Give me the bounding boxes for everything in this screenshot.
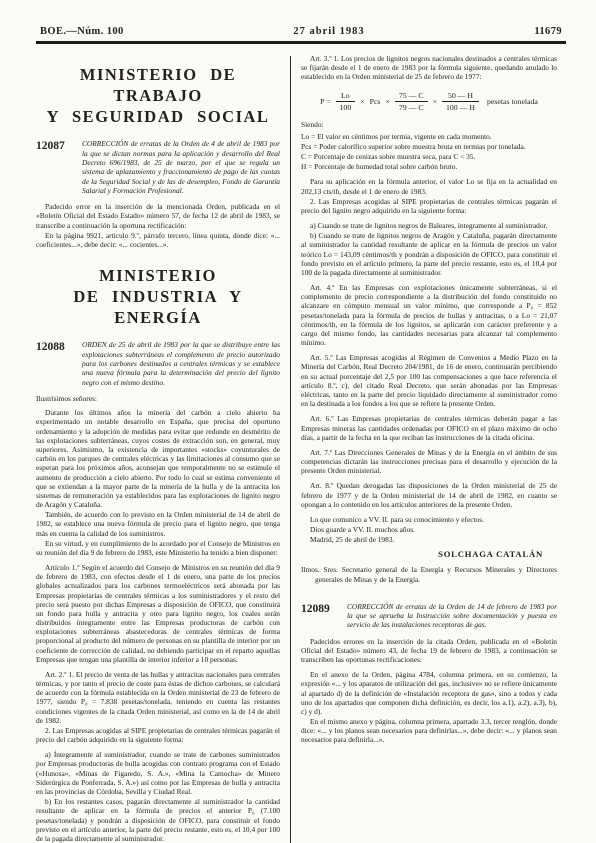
- paragraph: b) Cuando se trate de lignitos negros de…: [301, 231, 557, 277]
- ministry-industry-line1: MINISTERIO: [36, 265, 280, 286]
- addressees: Ilmos. Sres. Secretario general de la En…: [301, 565, 557, 583]
- paragraph: Durante los últimos años la minería del …: [36, 408, 280, 509]
- ministry-labor-heading: MINISTERIO DE TRABAJO Y SEGURIDAD SOCIAL: [36, 64, 280, 127]
- formula-unit: pesetas tonelada: [487, 97, 538, 106]
- fraction-denominator: 79 — C: [395, 102, 428, 112]
- paragraph: 2. Las Empresas acogidas al SIPE propiet…: [36, 726, 280, 744]
- two-column-layout: MINISTERIO DE TRABAJO Y SEGURIDAD SOCIAL…: [36, 54, 566, 843]
- header-issue-number: BOE.—Núm. 100: [40, 26, 124, 37]
- fraction-numerator: 50 — H: [442, 91, 479, 102]
- item-12088-number: 12088: [36, 340, 82, 387]
- item-12089: 12089 CORRECCIÓN de erratas de la Orden …: [301, 602, 557, 630]
- left-column: MINISTERIO DE TRABAJO Y SEGURIDAD SOCIAL…: [36, 54, 290, 843]
- header-date: 27 abril 1983: [293, 26, 364, 37]
- right-column: Art. 3.º 1. Los precios de lignitos negr…: [291, 54, 557, 843]
- paragraph: También, de acuerdo con lo previsto en l…: [36, 510, 280, 538]
- definition-line: C = Porcentaje de cenizas sobre muestra …: [301, 152, 557, 161]
- item-12088-summary: ORDEN de 25 de abril de 1983 por la que …: [82, 340, 280, 387]
- paragraph: En el mismo anexo y página, columna prim…: [301, 717, 557, 745]
- definition-line: H = Porcentaje de humedad total sobre ca…: [301, 162, 557, 171]
- times-sign: ×: [360, 97, 364, 106]
- fraction-numerator: 75 — C: [395, 91, 428, 102]
- page-header: BOE.—Núm. 100 27 abril 1983 11679: [36, 26, 566, 44]
- paragraph: En la página 9921, artículo 9.º, párrafo…: [36, 231, 280, 249]
- ministry-industry-line2: DE INDUSTRIA Y ENERGÍA: [36, 286, 280, 328]
- ministry-labor-line2: Y SEGURIDAD SOCIAL: [36, 106, 280, 127]
- paragraph: Art. 7.º Las Direcciones Generales de Mi…: [301, 448, 557, 476]
- paragraph: Art. 3.º 1. Los precios de lignitos negr…: [301, 54, 557, 82]
- paragraph: Art. 2.º 1. El precio de venta de las hu…: [36, 670, 280, 725]
- item-12088: 12088 ORDEN de 25 de abril de 1983 por l…: [36, 340, 280, 387]
- paragraph: a) Íntegramente al suministrador, cuando…: [36, 750, 280, 796]
- item-12087: 12087 CORRECCIÓN de erratas de la Orden …: [36, 139, 280, 195]
- fraction-denominator: 100: [336, 102, 356, 112]
- closing-line: Madrid, 25 de abril de 1983.: [301, 535, 557, 544]
- paragraph: Art. 4.º En las Empresas con explotacion…: [301, 283, 557, 347]
- paragraph: a) Cuando se trate de lignitos negros de…: [301, 221, 557, 230]
- closing-line: Lo que comunico a VV. II. para su conoci…: [301, 515, 557, 524]
- paragraph: 2. Las Empresas acogidas al SIPE propiet…: [301, 197, 557, 215]
- ministry-labor-line1: MINISTERIO DE TRABAJO: [36, 64, 280, 106]
- paragraph: Artículo 1.º Según el acuerdo del Consej…: [36, 563, 280, 664]
- paragraph: En su virtud, y en cumplimiento de lo ac…: [36, 539, 280, 557]
- salutation: Ilustrísimos señores:: [36, 394, 280, 403]
- formula-fraction: Lo 100: [336, 91, 356, 112]
- paragraph: Art. 6.º Las Empresas propietarias de ce…: [301, 414, 557, 442]
- paragraph: Padecidos errores en la inserción de la …: [301, 637, 557, 665]
- fraction-denominator: 100 — H: [442, 102, 479, 112]
- signature: SOLCHAGA CATALÁN: [301, 549, 543, 559]
- times-sign: ×: [433, 97, 437, 106]
- paragraph: Art. 8.º Quedan derogadas las disposicio…: [301, 481, 557, 509]
- closing-line: Dios guarde a VV. II. muchos años.: [301, 525, 557, 534]
- header-page-number: 11679: [534, 26, 562, 37]
- paragraph: En el anexo de la Orden, página 4784, co…: [301, 670, 557, 716]
- paragraph: Padecido error en la inserción de la men…: [36, 202, 280, 230]
- paragraph: Art. 5.º Las Empresas acogidas al Régime…: [301, 353, 557, 408]
- formula-lhs: P =: [320, 97, 330, 106]
- definition-line: Pcs = Poder calorífico superior sobre mu…: [301, 142, 557, 151]
- formula-fraction: 50 — H 100 — H: [442, 91, 479, 112]
- ministry-industry-heading: MINISTERIO DE INDUSTRIA Y ENERGÍA: [36, 265, 280, 328]
- price-formula: P = Lo 100 × Pcs × 75 — C 79 — C × 50 — …: [301, 91, 557, 112]
- paragraph: b) En los restantes casos, pagarán direc…: [36, 797, 280, 843]
- fraction-numerator: Lo: [336, 91, 356, 102]
- siendo-label: Siendo:: [301, 120, 557, 129]
- formula-fraction: 75 — C 79 — C: [395, 91, 428, 112]
- item-12089-number: 12089: [301, 602, 347, 630]
- paragraph: Para su aplicación en la fórmula anterio…: [301, 177, 557, 195]
- definition-line: Lo = El valor en céntimos por termia, vi…: [301, 132, 557, 141]
- item-12087-number: 12087: [36, 139, 82, 195]
- formula-pcs: Pcs: [370, 97, 381, 106]
- item-12087-summary: CORRECCIÓN de erratas de la Orden de 4 d…: [82, 139, 280, 195]
- gazette-page: BOE.—Núm. 100 27 abril 1983 11679 MINIST…: [0, 0, 596, 843]
- times-sign: ×: [385, 97, 389, 106]
- item-12089-summary: CORRECCIÓN de erratas de la Orden de 14 …: [347, 602, 557, 630]
